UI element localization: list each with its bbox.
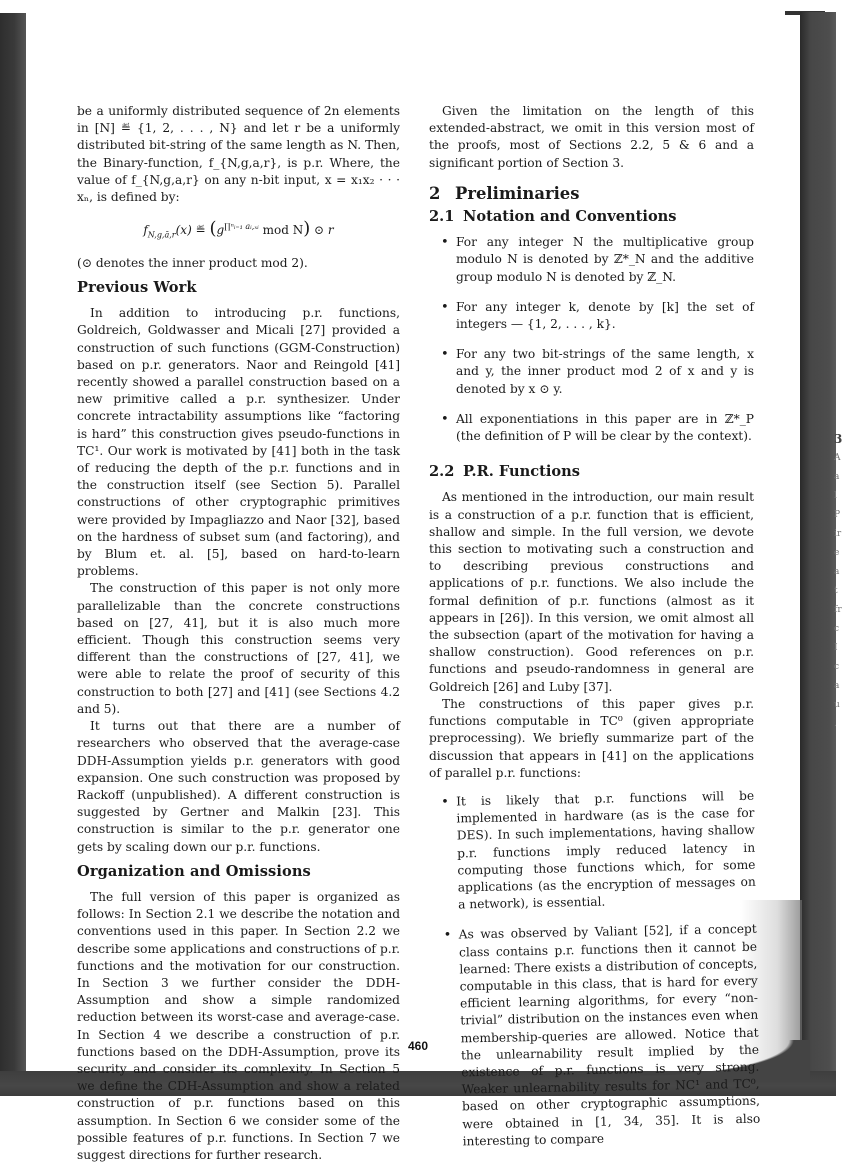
section-title: Preliminaries [455, 184, 579, 203]
formula-close-paren: ) [303, 218, 310, 239]
right-column: Given the limitation on the length of th… [429, 103, 754, 1164]
bleed-char: ir [834, 525, 848, 544]
subsection-number: 2.1 [429, 208, 463, 225]
formula-def-symbol: ≝ [196, 223, 206, 237]
bleed-char: c [834, 620, 848, 639]
section-2-2-heading: 2.2P.R. Functions [429, 463, 754, 480]
scan-border-left [0, 13, 26, 1096]
formula-arg: (x) [176, 223, 192, 237]
facing-page-bleed: 3 A a l P ir e a t fr c I c a u . [834, 430, 848, 734]
section-2-1-heading: 2.1Notation and Conventions [429, 208, 754, 225]
formula-mod: mod N [263, 223, 304, 237]
bleed-char: a [834, 677, 848, 696]
subsection-title: P.R. Functions [463, 463, 580, 480]
subsection-number: 2.2 [429, 463, 463, 480]
bleed-char: P [834, 506, 848, 525]
inner-product-note: (⊙ denotes the inner product mod 2). [77, 255, 400, 272]
bleed-char: a [834, 468, 848, 487]
bleed-char: fr [834, 601, 848, 620]
subsection-title: Notation and Conventions [463, 208, 677, 225]
scan-border-right [800, 12, 836, 1094]
notation-item: For any integer k, denote by [k] the set… [429, 299, 754, 333]
formula-lhs-sub: N,g,ā,r [148, 231, 176, 240]
left-column: be a uniformly distributed sequence of 2… [77, 103, 400, 1164]
notation-list: For any integer N the multiplicative gro… [429, 234, 754, 445]
bleed-char: A [834, 449, 848, 468]
application-item: It is likely that p.r. functions will be… [429, 788, 756, 915]
bleed-char: a [834, 563, 848, 582]
section-2-heading: 2Preliminaries [429, 185, 754, 202]
applications-list: It is likely that p.r. functions will be… [429, 788, 761, 1151]
previous-work-paragraph-3: It turns out that there are a number of … [77, 718, 400, 856]
omissions-paragraph: Given the limitation on the length of th… [429, 103, 754, 172]
pr-functions-paragraph-1: As mentioned in the introduction, our ma… [429, 489, 754, 695]
bleed-char: e [834, 544, 848, 563]
intro-paragraph: be a uniformly distributed sequence of 2… [77, 103, 400, 206]
application-item: As was observed by Valiant [52], if a co… [432, 921, 761, 1151]
formula-exponent: ∏ⁿᵢ₌₁ aᵢ,ₓᵢ [224, 222, 259, 231]
bleed-char: l [834, 487, 848, 506]
section-number: 2 [429, 185, 455, 202]
bleed-char: t [834, 582, 848, 601]
pr-functions-paragraph-2: The constructions of this paper gives p.… [429, 696, 754, 782]
organization-heading: Organization and Omissions [77, 863, 400, 880]
binary-function-formula: fN,g,ā,r(x) ≝ (g∏ⁿᵢ₌₁ aᵢ,ₓᵢ mod N) ⊙ r [77, 218, 400, 244]
bleed-char: 3 [834, 430, 848, 449]
bleed-char: I [834, 639, 848, 658]
previous-work-heading: Previous Work [77, 279, 400, 296]
notation-item: All exponentiations in this paper are in… [429, 411, 754, 445]
bleed-char: c [834, 658, 848, 677]
bleed-char: u [834, 696, 848, 715]
previous-work-paragraph-1: In addition to introducing p.r. function… [77, 305, 400, 580]
previous-work-paragraph-2: The construction of this paper is not on… [77, 580, 400, 718]
notation-item: For any integer N the multiplicative gro… [429, 234, 754, 286]
notation-item: For any two bit-strings of the same leng… [429, 346, 754, 398]
page-number: 460 [408, 1039, 428, 1053]
formula-open-paren: ( [209, 218, 216, 239]
bleed-char: . [834, 715, 848, 734]
organization-paragraph: The full version of this paper is organi… [77, 889, 400, 1164]
formula-inner-product: ⊙ r [314, 223, 334, 237]
